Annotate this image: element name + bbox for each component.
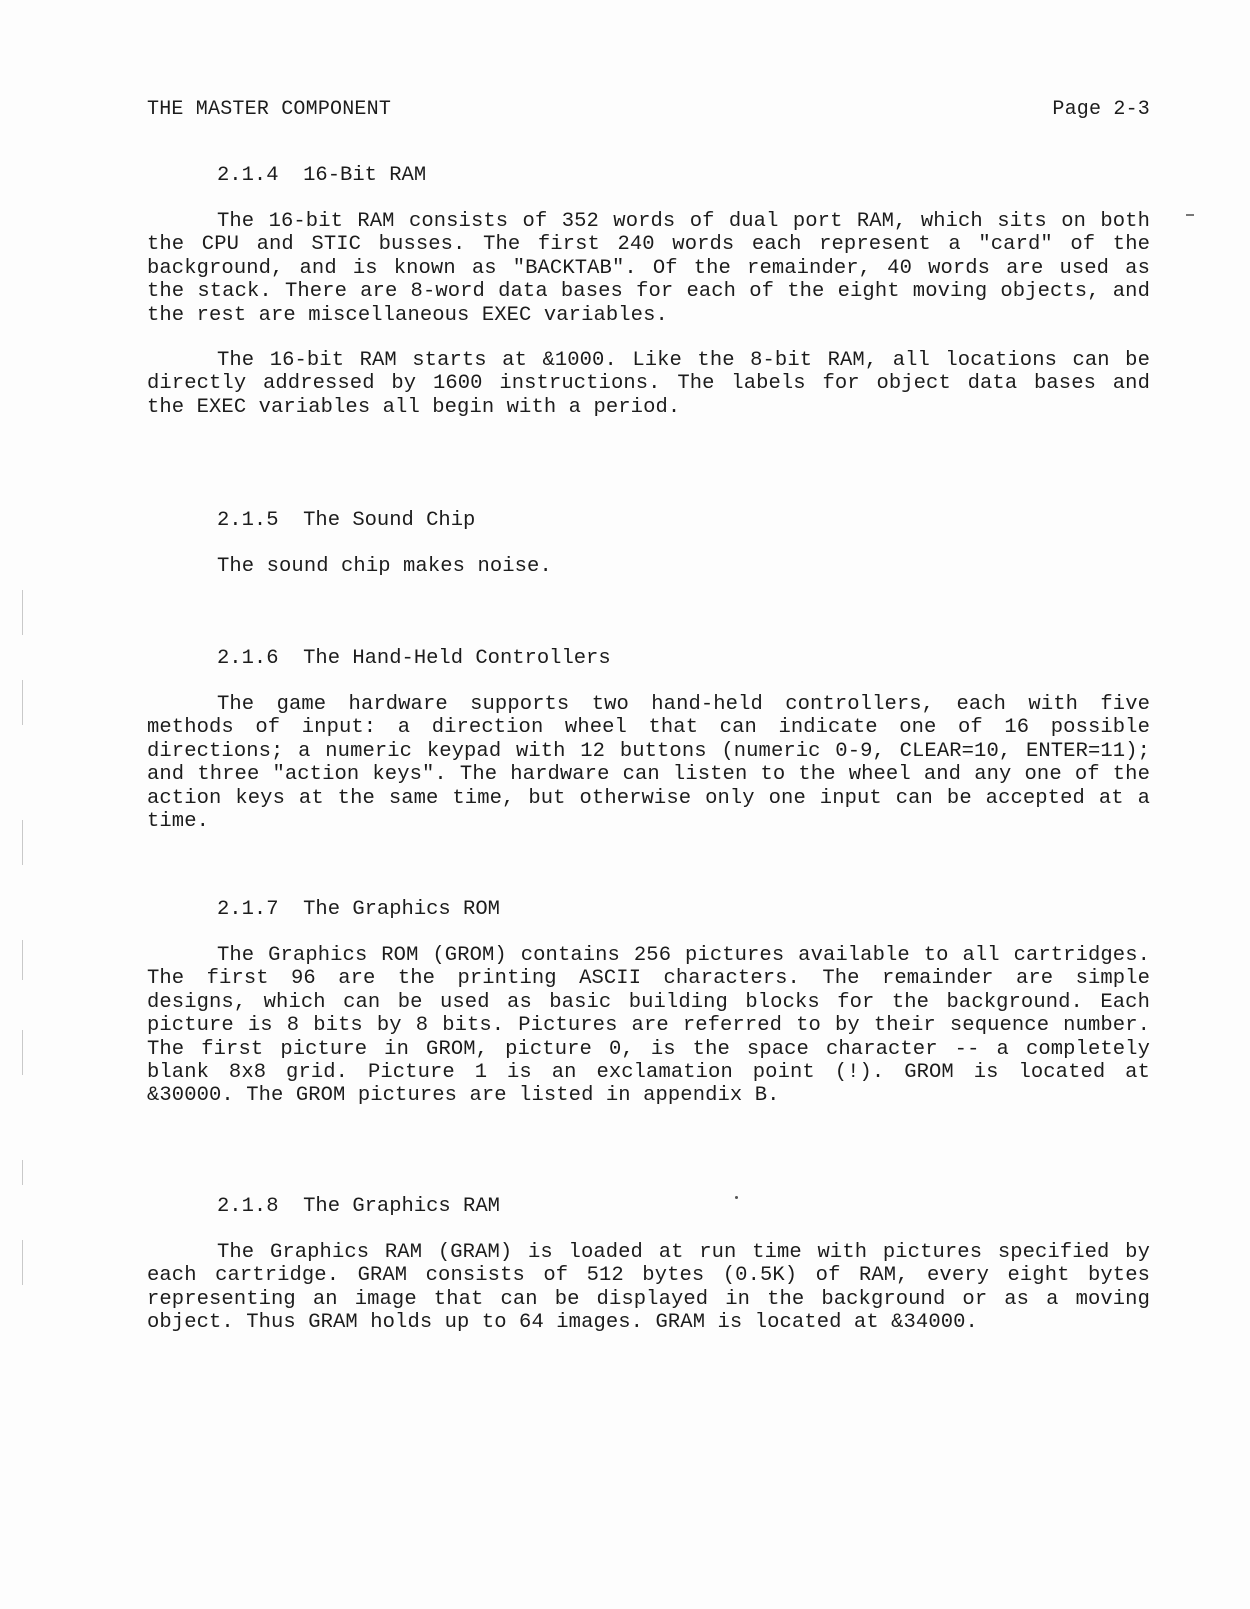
section-graphics-ram: 2.1.8 The Graphics RAM The Graphics RAM … [147, 1195, 1150, 1335]
scan-artifact [22, 1240, 23, 1285]
scan-artifact [22, 1160, 23, 1185]
scan-artifact [22, 940, 23, 980]
section-heading: 2.1.6 The Hand-Held Controllers [147, 647, 1150, 671]
section-heading: 2.1.5 The Sound Chip [147, 509, 1150, 533]
scan-artifact [22, 590, 23, 635]
section-heading: 2.1.7 The Graphics ROM [147, 898, 1150, 922]
section-16-bit-ram: 2.1.4 16-Bit RAM The 16-bit RAM consists… [147, 164, 1150, 419]
section-heading: 2.1.8 The Graphics RAM [147, 1195, 1150, 1219]
scan-artifact [22, 820, 23, 865]
section-heading: 2.1.4 16-Bit RAM [147, 164, 1150, 188]
section-sound-chip: 2.1.5 The Sound Chip The sound chip make… [147, 509, 1150, 578]
header-page-number: Page 2-3 [1052, 98, 1150, 122]
header-chapter-title: THE MASTER COMPONENT [147, 98, 391, 122]
paragraph: The sound chip makes noise. [147, 555, 1150, 578]
scan-artifact [22, 680, 23, 725]
scan-artifact [22, 1030, 23, 1075]
running-header: THE MASTER COMPONENT Page 2-3 [147, 98, 1150, 122]
scan-artifact [1186, 214, 1194, 216]
paragraph: The Graphics ROM (GROM) contains 256 pic… [147, 944, 1150, 1108]
paragraph: The 16-bit RAM starts at &1000. Like the… [147, 349, 1150, 419]
document-page: THE MASTER COMPONENT Page 2-3 2.1.4 16-B… [147, 98, 1150, 122]
scan-speck [735, 1196, 738, 1199]
section-graphics-rom: 2.1.7 The Graphics ROM The Graphics ROM … [147, 898, 1150, 1108]
paragraph: The Graphics RAM (GRAM) is loaded at run… [147, 1241, 1150, 1335]
paragraph: The 16-bit RAM consists of 352 words of … [147, 210, 1150, 327]
paragraph: The game hardware supports two hand-held… [147, 693, 1150, 833]
section-hand-held-controllers: 2.1.6 The Hand-Held Controllers The game… [147, 647, 1150, 833]
